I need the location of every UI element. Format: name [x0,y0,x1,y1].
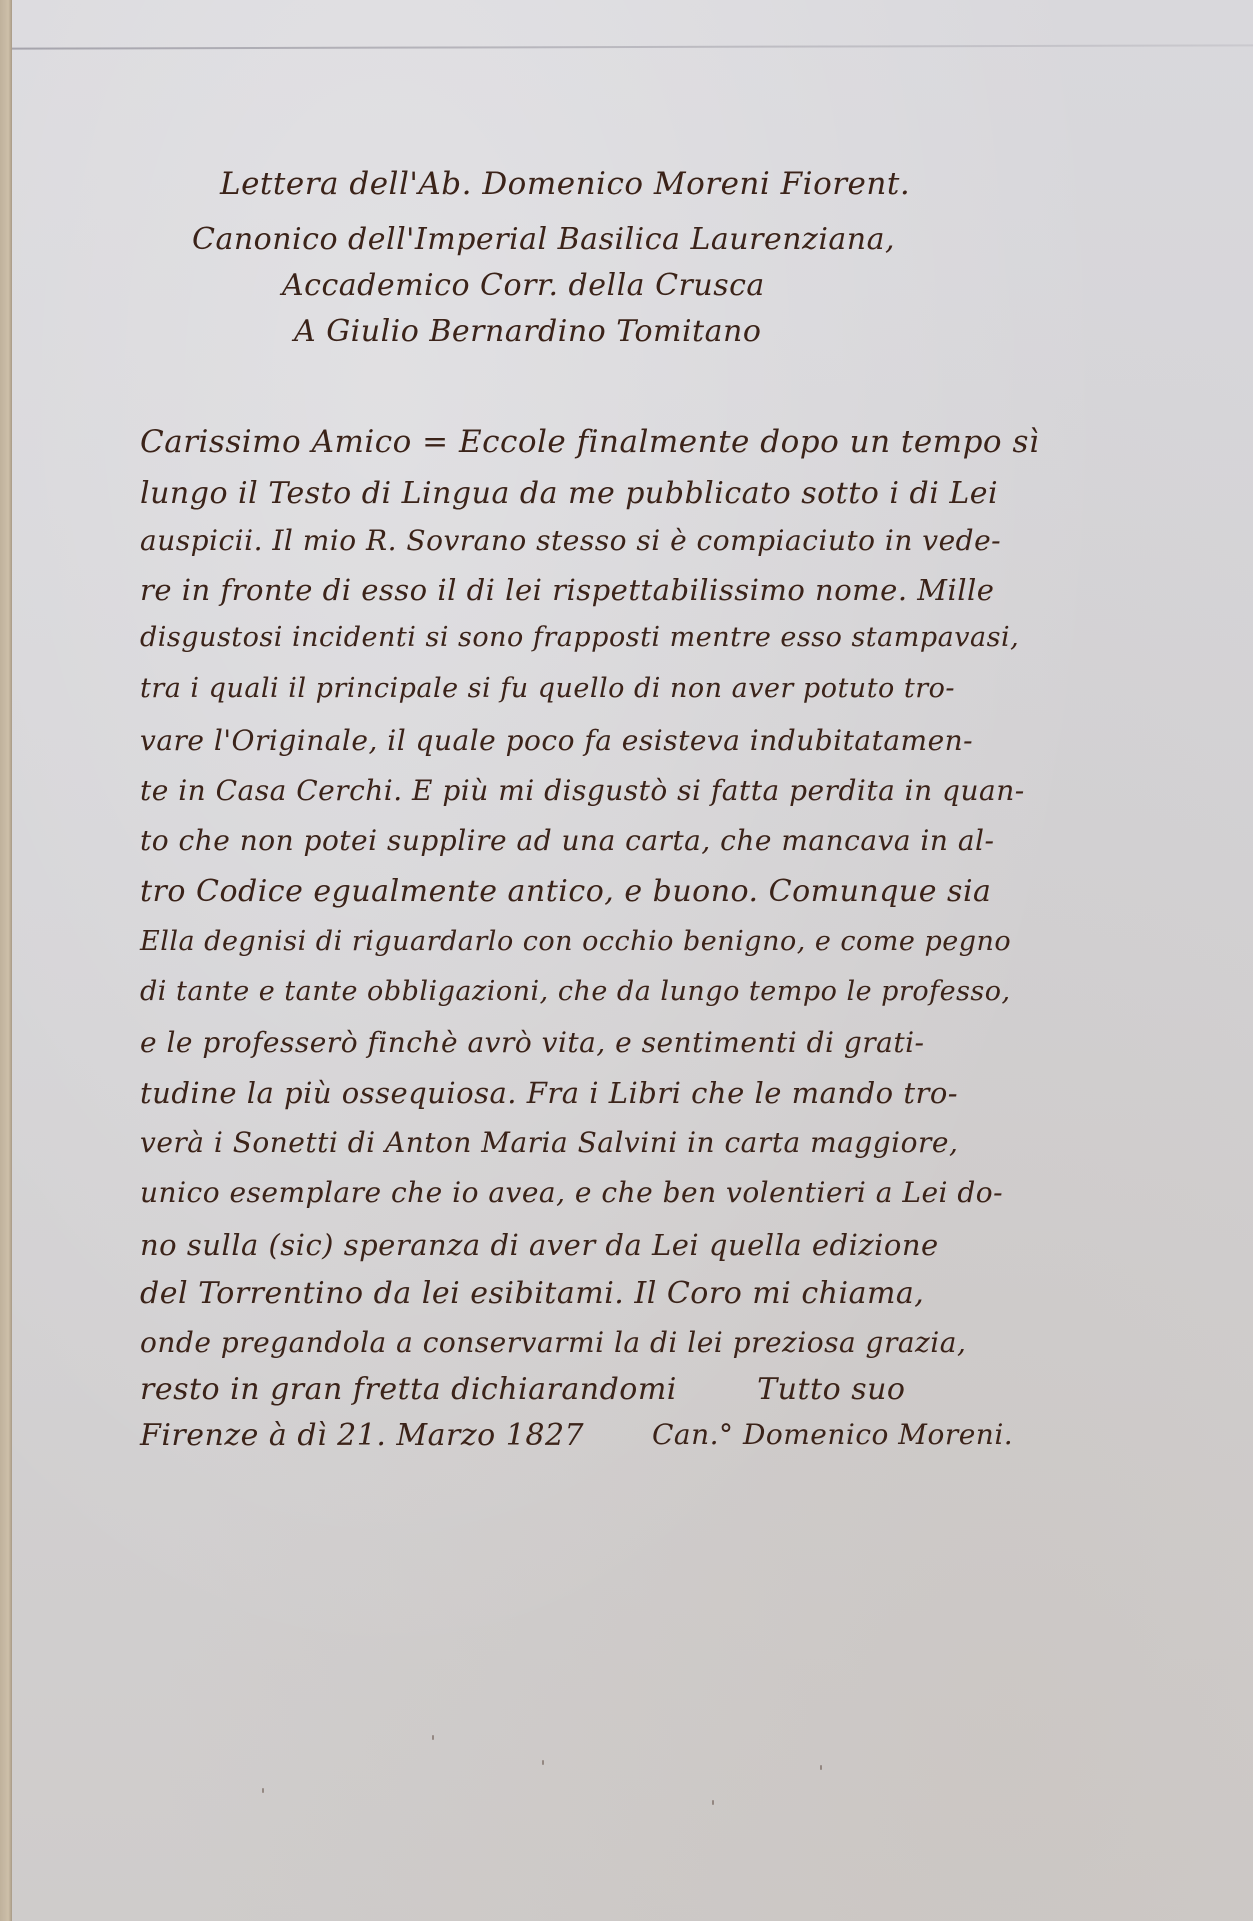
body-line: e le professerò finchè avrò vita, e sent… [140,1026,925,1059]
body-line: no sulla (sic) speranza di aver da Lei q… [140,1228,939,1262]
body-line: auspicii. Il mio R. Sovrano stesso si è … [140,524,1001,557]
body-line: lungo il Testo di Lingua da me pubblicat… [140,476,998,511]
body-line: Ella degnisi di riguardarlo con occhio b… [140,926,1011,957]
body-line: re in fronte di esso il di lei rispettab… [140,573,994,607]
body-line: vare l'Originale, il quale poco fa esist… [140,724,973,757]
body-line: to che non potei supplire ad una carta, … [140,824,994,857]
body-line: onde pregandola a conservarmi la di lei … [140,1326,966,1359]
paper-speck [432,1735,434,1740]
paper-speck [712,1800,714,1805]
body-line-closing-formula: resto in gran fretta dichiarandomi Tutto… [140,1372,905,1407]
heading-line-canon: Canonico dell'Imperial Basilica Laurenzi… [192,222,895,257]
body-line: tudine la più ossequiosa. Fra i Libri ch… [140,1076,958,1110]
body-line: Carissimo Amico = Eccole finalmente dopo… [140,424,1039,460]
body-line: tro Codice egualmente antico, e buono. C… [140,874,991,909]
body-line: te in Casa Cerchi. E più mi disgustò si … [140,774,1025,807]
place-and-date: Firenze à dì 21. Marzo 1827 [140,1418,584,1453]
page-left-edge [0,0,12,1921]
body-line: tra i quali il principale si fu quello d… [140,673,955,704]
heading-line-recipient: A Giulio Bernardino Tomitano [294,314,761,349]
body-line: di tante e tante obbligazioni, che da lu… [140,976,1011,1007]
body-line: verà i Sonetti di Anton Maria Salvini in… [140,1126,958,1159]
paper-crease [12,44,1253,49]
signature: Can.° Domenico Moreni. [652,1418,1013,1451]
body-line: disgustosi incidenti si sono frapposti m… [140,622,1019,653]
paper-speck [542,1760,544,1765]
manuscript-page: Lettera dell'Ab. Domenico Moreni Fiorent… [12,0,1253,1921]
body-line: unico esemplare che io avea, e che ben v… [140,1176,1003,1209]
body-line: del Torrentino da lei esibitami. Il Coro… [140,1276,924,1311]
paper-speck [262,1788,264,1793]
paper-speck [820,1765,822,1770]
heading-line-academy: Accademico Corr. della Crusca [282,268,765,303]
heading-line-title: Lettera dell'Ab. Domenico Moreni Fiorent… [220,166,910,202]
